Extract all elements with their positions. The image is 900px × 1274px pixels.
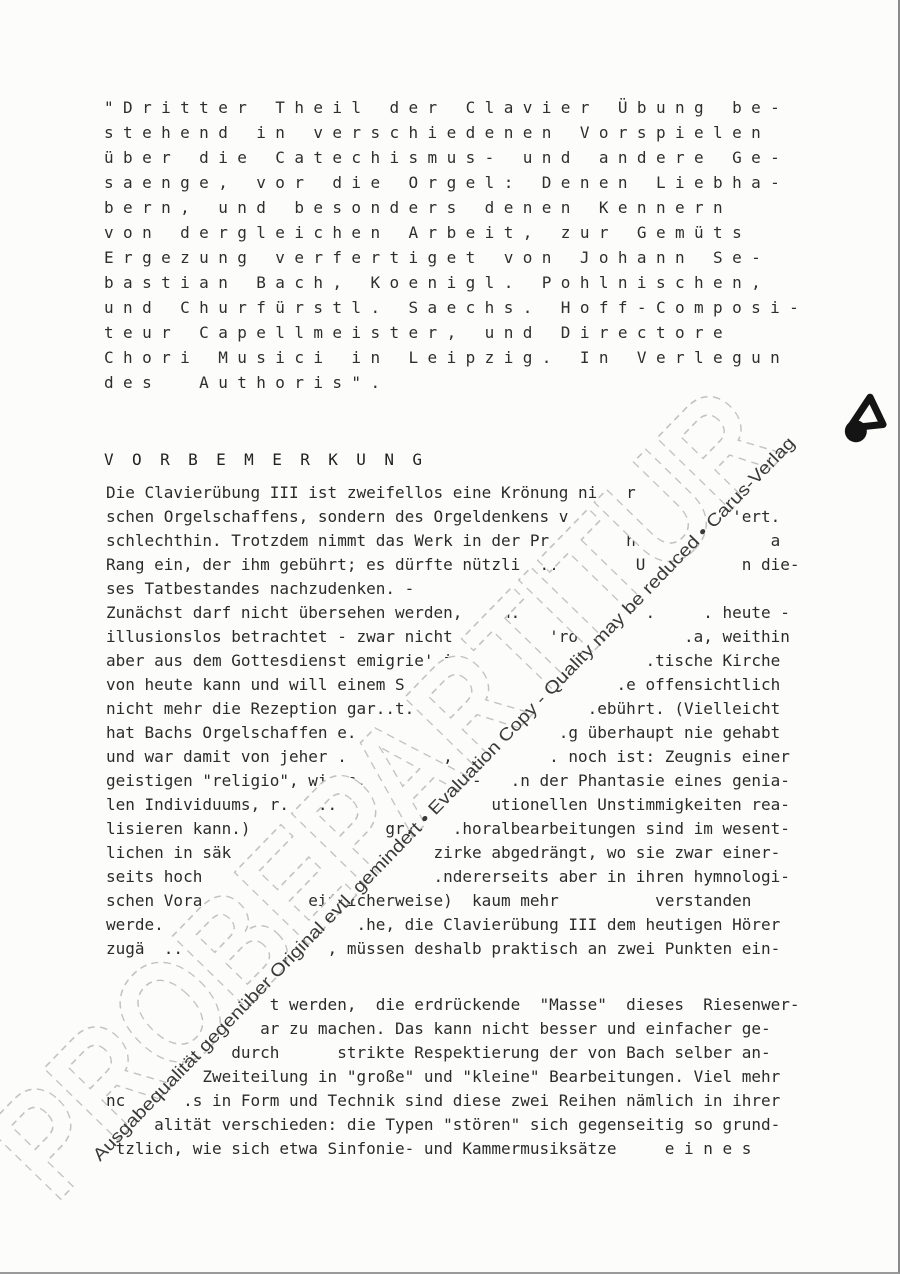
text-line: zugä .. , müssen deshalb praktisch an zw… — [106, 937, 800, 961]
text-line: Rang ein, der ihm gebührt; es dürfte nüt… — [106, 553, 800, 577]
text-line: aber aus dem Gottesdienst emigrie' i. .t… — [106, 649, 800, 673]
text-line: stehend in verschiedenen Vorspielen — [104, 120, 808, 145]
text-line: t werden, die erdrückende "Masse" dieses… — [106, 993, 800, 1017]
text-line: hat Bachs Orgelschaffen e. .g überhaupt … — [106, 721, 800, 745]
text-line: Die Clavierübung III ist zweifellos eine… — [106, 481, 800, 505]
text-line: und war damit von jeher . , . noch ist: … — [106, 745, 800, 769]
text-line: alität verschieden: die Typen "stören" s… — [106, 1113, 800, 1137]
text-line: bern, und besonders denen Kennern — [104, 195, 808, 220]
document-page: "Dritter Theil der Clavier Übung be-steh… — [0, 0, 900, 1274]
text-line: bastian Bach, Koenigl. Pohlnischen, — [104, 270, 808, 295]
text-line: illusionslos betrachtet - zwar nicht 'ro… — [106, 625, 800, 649]
text-line: des Authoris". — [104, 370, 808, 395]
title-quote-block: "Dritter Theil der Clavier Übung be-steh… — [104, 95, 808, 395]
text-line: lichen in säk zirke abgedrängt, wo sie z… — [106, 841, 800, 865]
text-line: Chori Musici in Leipzig. In Verlegun — [104, 345, 808, 370]
body-paragraph-2: t werden, die erdrückende "Masse" dieses… — [106, 993, 800, 1161]
body-paragraph-1: Die Clavierübung III ist zweifellos eine… — [106, 481, 800, 961]
text-line: von heute kann und will einem S .e offen… — [106, 673, 800, 697]
text-line: und Churfürstl. Saechs. Hoff-Composi- — [104, 295, 808, 320]
text-line: lisieren kann.) gr. .horalbearbeitungen … — [106, 817, 800, 841]
text-line: von dergleichen Arbeit, zur Gemüts — [104, 220, 808, 245]
text-line: schlechthin. Trotzdem nimmt das Werk in … — [106, 529, 800, 553]
text-line: e. Zweiteilung in "große" und "kleine" B… — [106, 1065, 800, 1089]
text-line: schen Vora eiflicherweise) kaum mehr ver… — [106, 889, 800, 913]
section-heading: VORBEMERKUNG — [104, 447, 440, 472]
text-line: werde. .he, die Clavierübung III dem heu… — [106, 913, 800, 937]
text-line: nc .s in Form und Technik sind diese zwe… — [106, 1089, 800, 1113]
text-line: geistigen "religio", wie s. . - .n der P… — [106, 769, 800, 793]
text-line: Ergezung verfertiget von Johann Se- — [104, 245, 808, 270]
text-line: ses Tatbestandes nachzudenken. - — [106, 577, 800, 601]
text-line: teur Capellmeister, und Directore — [104, 320, 808, 345]
carus-verlag-logo-icon — [837, 396, 886, 445]
text-line: über die Catechismus- und andere Ge- — [104, 145, 808, 170]
text-line: schen Orgelschaffens, sondern des Orgeld… — [106, 505, 800, 529]
text-line: durch strikte Respektierung der von Bach… — [106, 1041, 800, 1065]
text-line: saenge, vor die Orgel: Denen Liebha- — [104, 170, 808, 195]
text-line: nicht mehr die Rezeption gar..t. .ebührt… — [106, 697, 800, 721]
text-line: Zunächst darf nicht übersehen werden, h.… — [106, 601, 800, 625]
text-line: "Dritter Theil der Clavier Übung be- — [104, 95, 808, 120]
text-line: len Individuums, r. .. utionellen Unstim… — [106, 793, 800, 817]
text-line: tzlich, wie sich etwa Sinfonie- und Kamm… — [106, 1137, 800, 1161]
text-line: seits hoch .ndererseits aber in ihren hy… — [106, 865, 800, 889]
text-line: ar zu machen. Das kann nicht besser und … — [106, 1017, 800, 1041]
